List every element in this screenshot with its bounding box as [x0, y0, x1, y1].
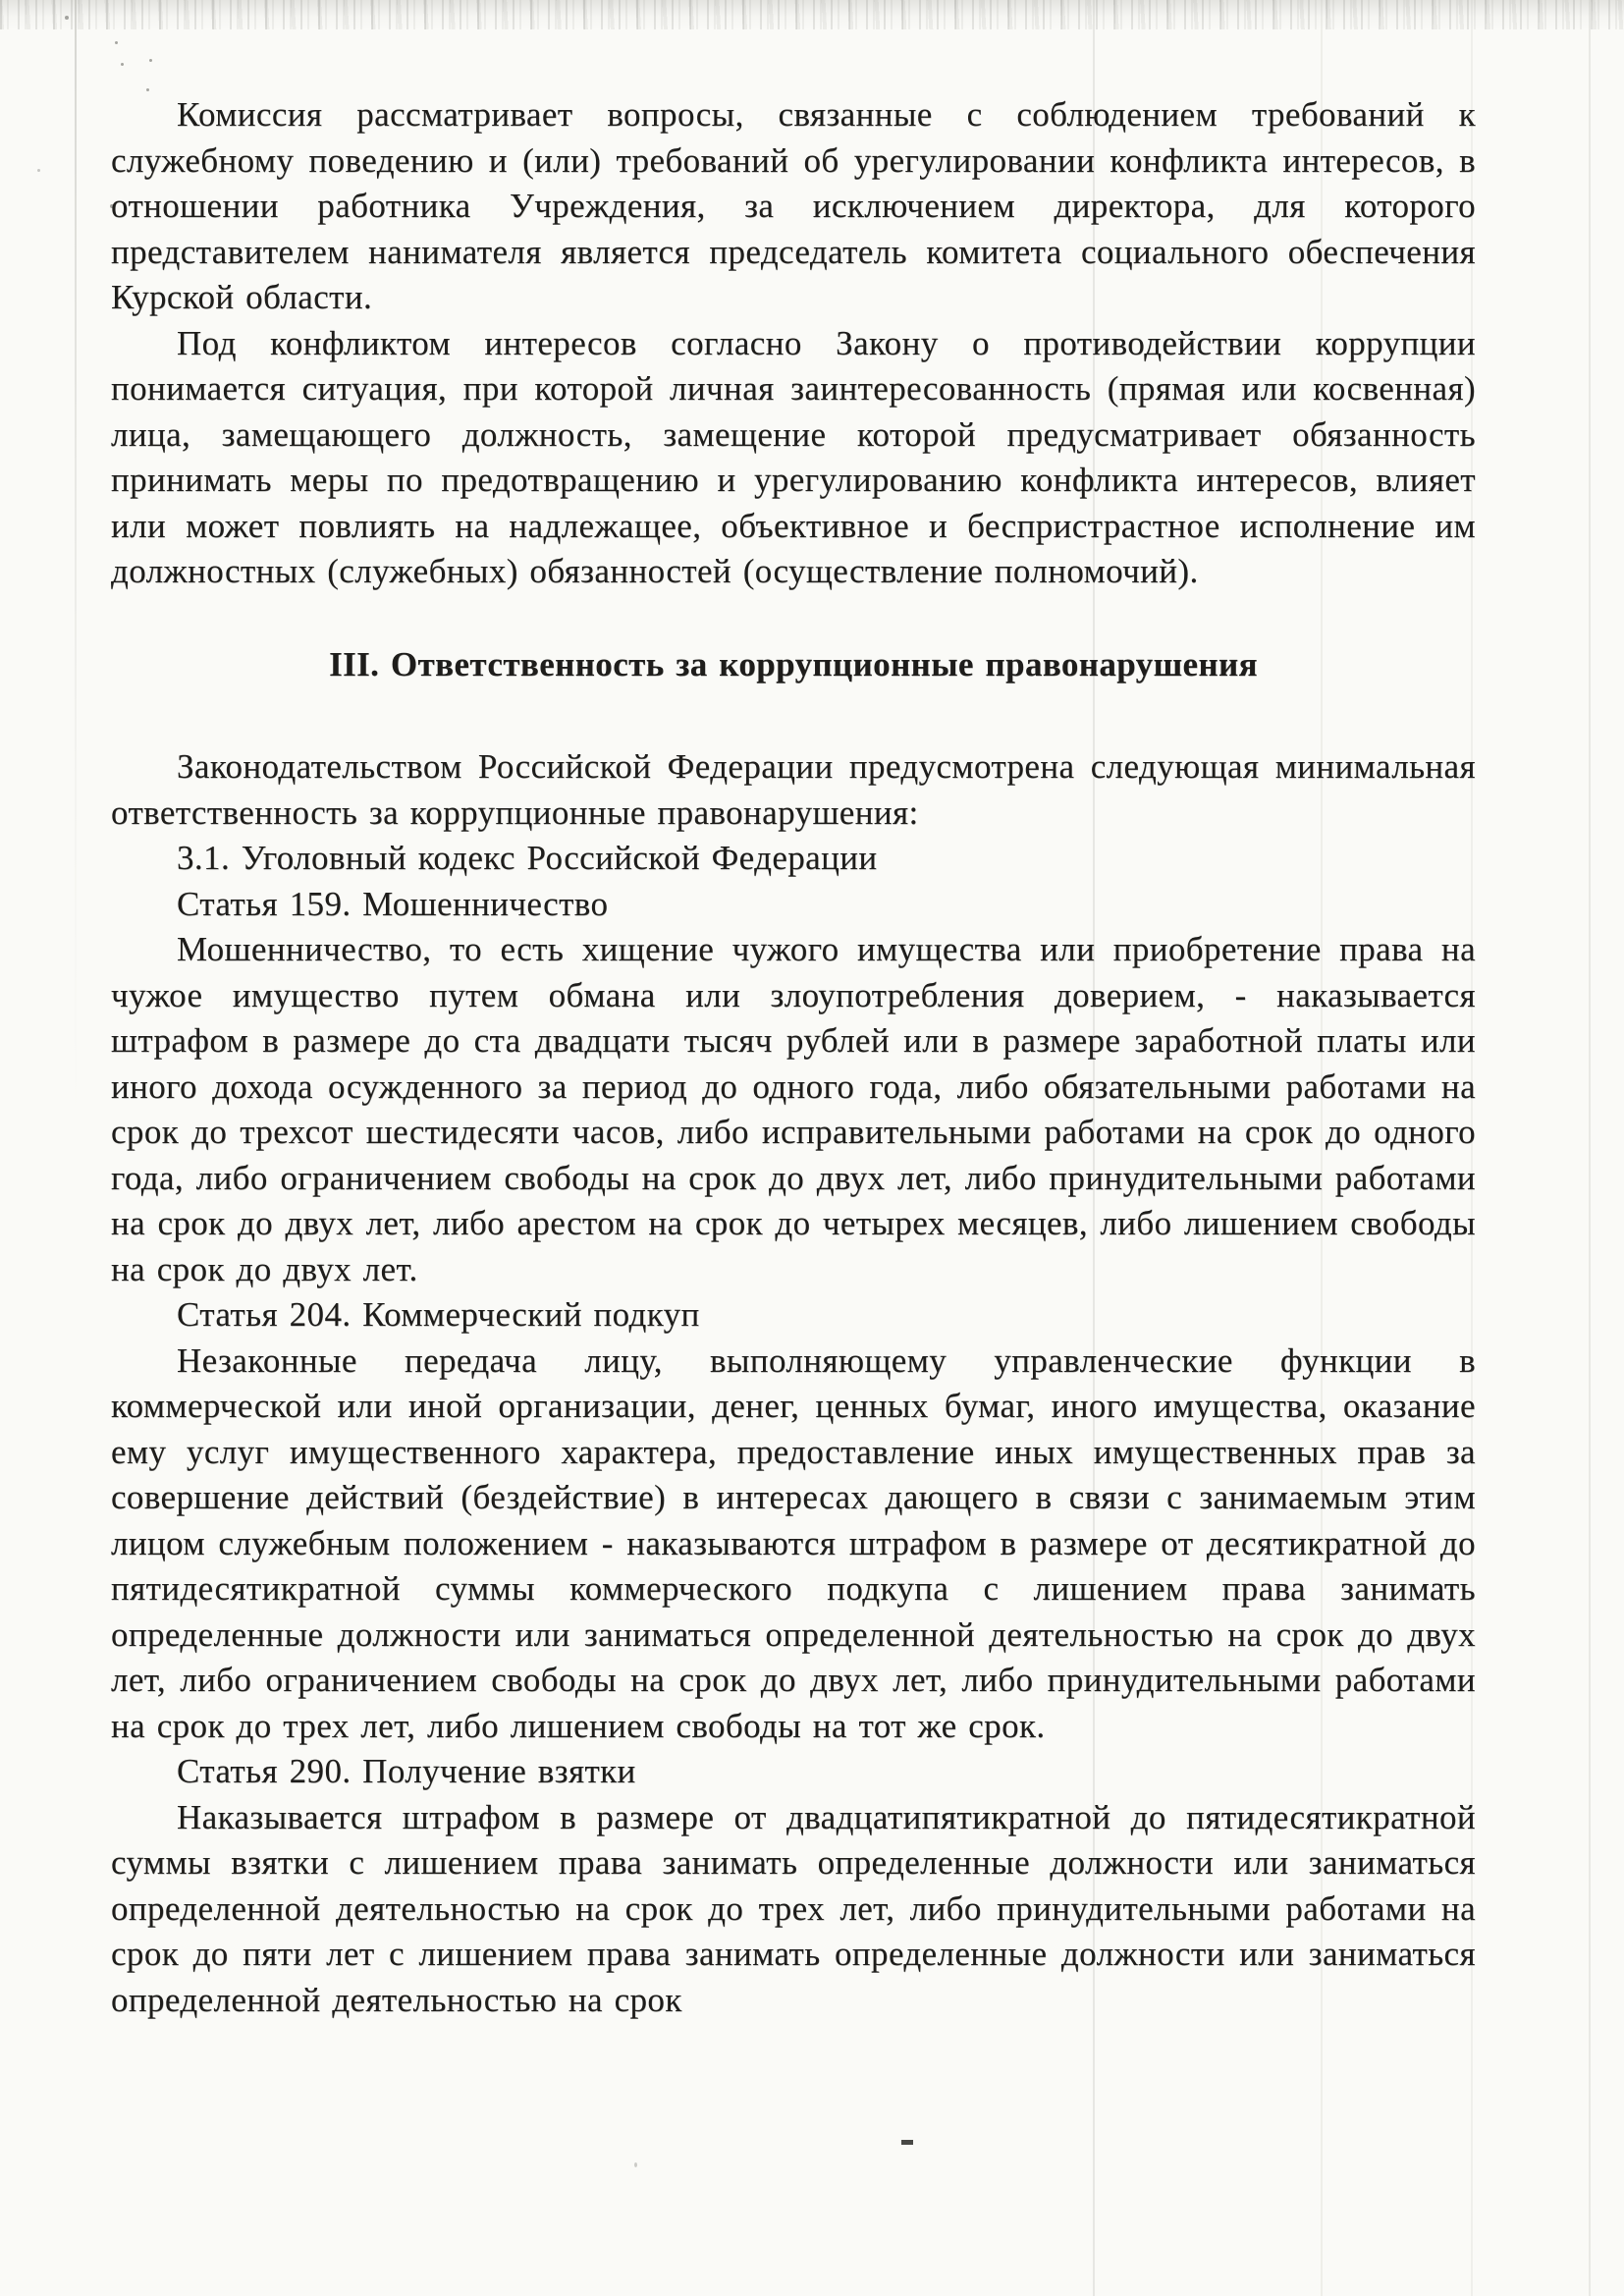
section-heading: III. Ответственность за коррупционные пр…	[111, 642, 1476, 688]
scan-speck	[65, 16, 69, 20]
scan-speck	[115, 41, 118, 44]
article-290-title: Статья 290. Получение взятки	[111, 1749, 1476, 1795]
document-text-column: Комиссия рассматривает вопросы, связанны…	[111, 92, 1476, 2023]
scan-speck	[149, 59, 152, 62]
scan-speck	[37, 169, 40, 172]
article-159-title: Статья 159. Мошенничество	[111, 882, 1476, 928]
item-criminal-code: 3.1. Уголовный кодекс Российской Федерац…	[111, 836, 1476, 882]
scan-speck	[634, 2162, 637, 2167]
paragraph-legislation: Законодательством Российской Федерации п…	[111, 744, 1476, 836]
scan-ink-mark	[901, 2140, 913, 2145]
scan-left-crease	[75, 0, 77, 1120]
paragraph-commission: Комиссия рассматривает вопросы, связанны…	[111, 92, 1476, 321]
article-204-text: Незаконные передача лицу, выполняющему у…	[111, 1339, 1476, 1750]
scan-noise-top-band	[0, 0, 1624, 29]
article-290-text: Наказывается штрафом в размере от двадца…	[111, 1795, 1476, 2024]
paragraph-conflict-definition: Под конфликтом интересов согласно Закону…	[111, 321, 1476, 595]
article-159-text: Мошенничество, то есть хищение чужого им…	[111, 927, 1476, 1292]
scan-vertical-streak	[1589, 0, 1591, 2296]
scan-speck	[146, 88, 149, 91]
scan-speck	[121, 63, 124, 66]
article-204-title: Статья 204. Коммерческий подкуп	[111, 1292, 1476, 1339]
scanned-document-page: { "page": { "background_color": "#fafaf7…	[0, 0, 1624, 2296]
